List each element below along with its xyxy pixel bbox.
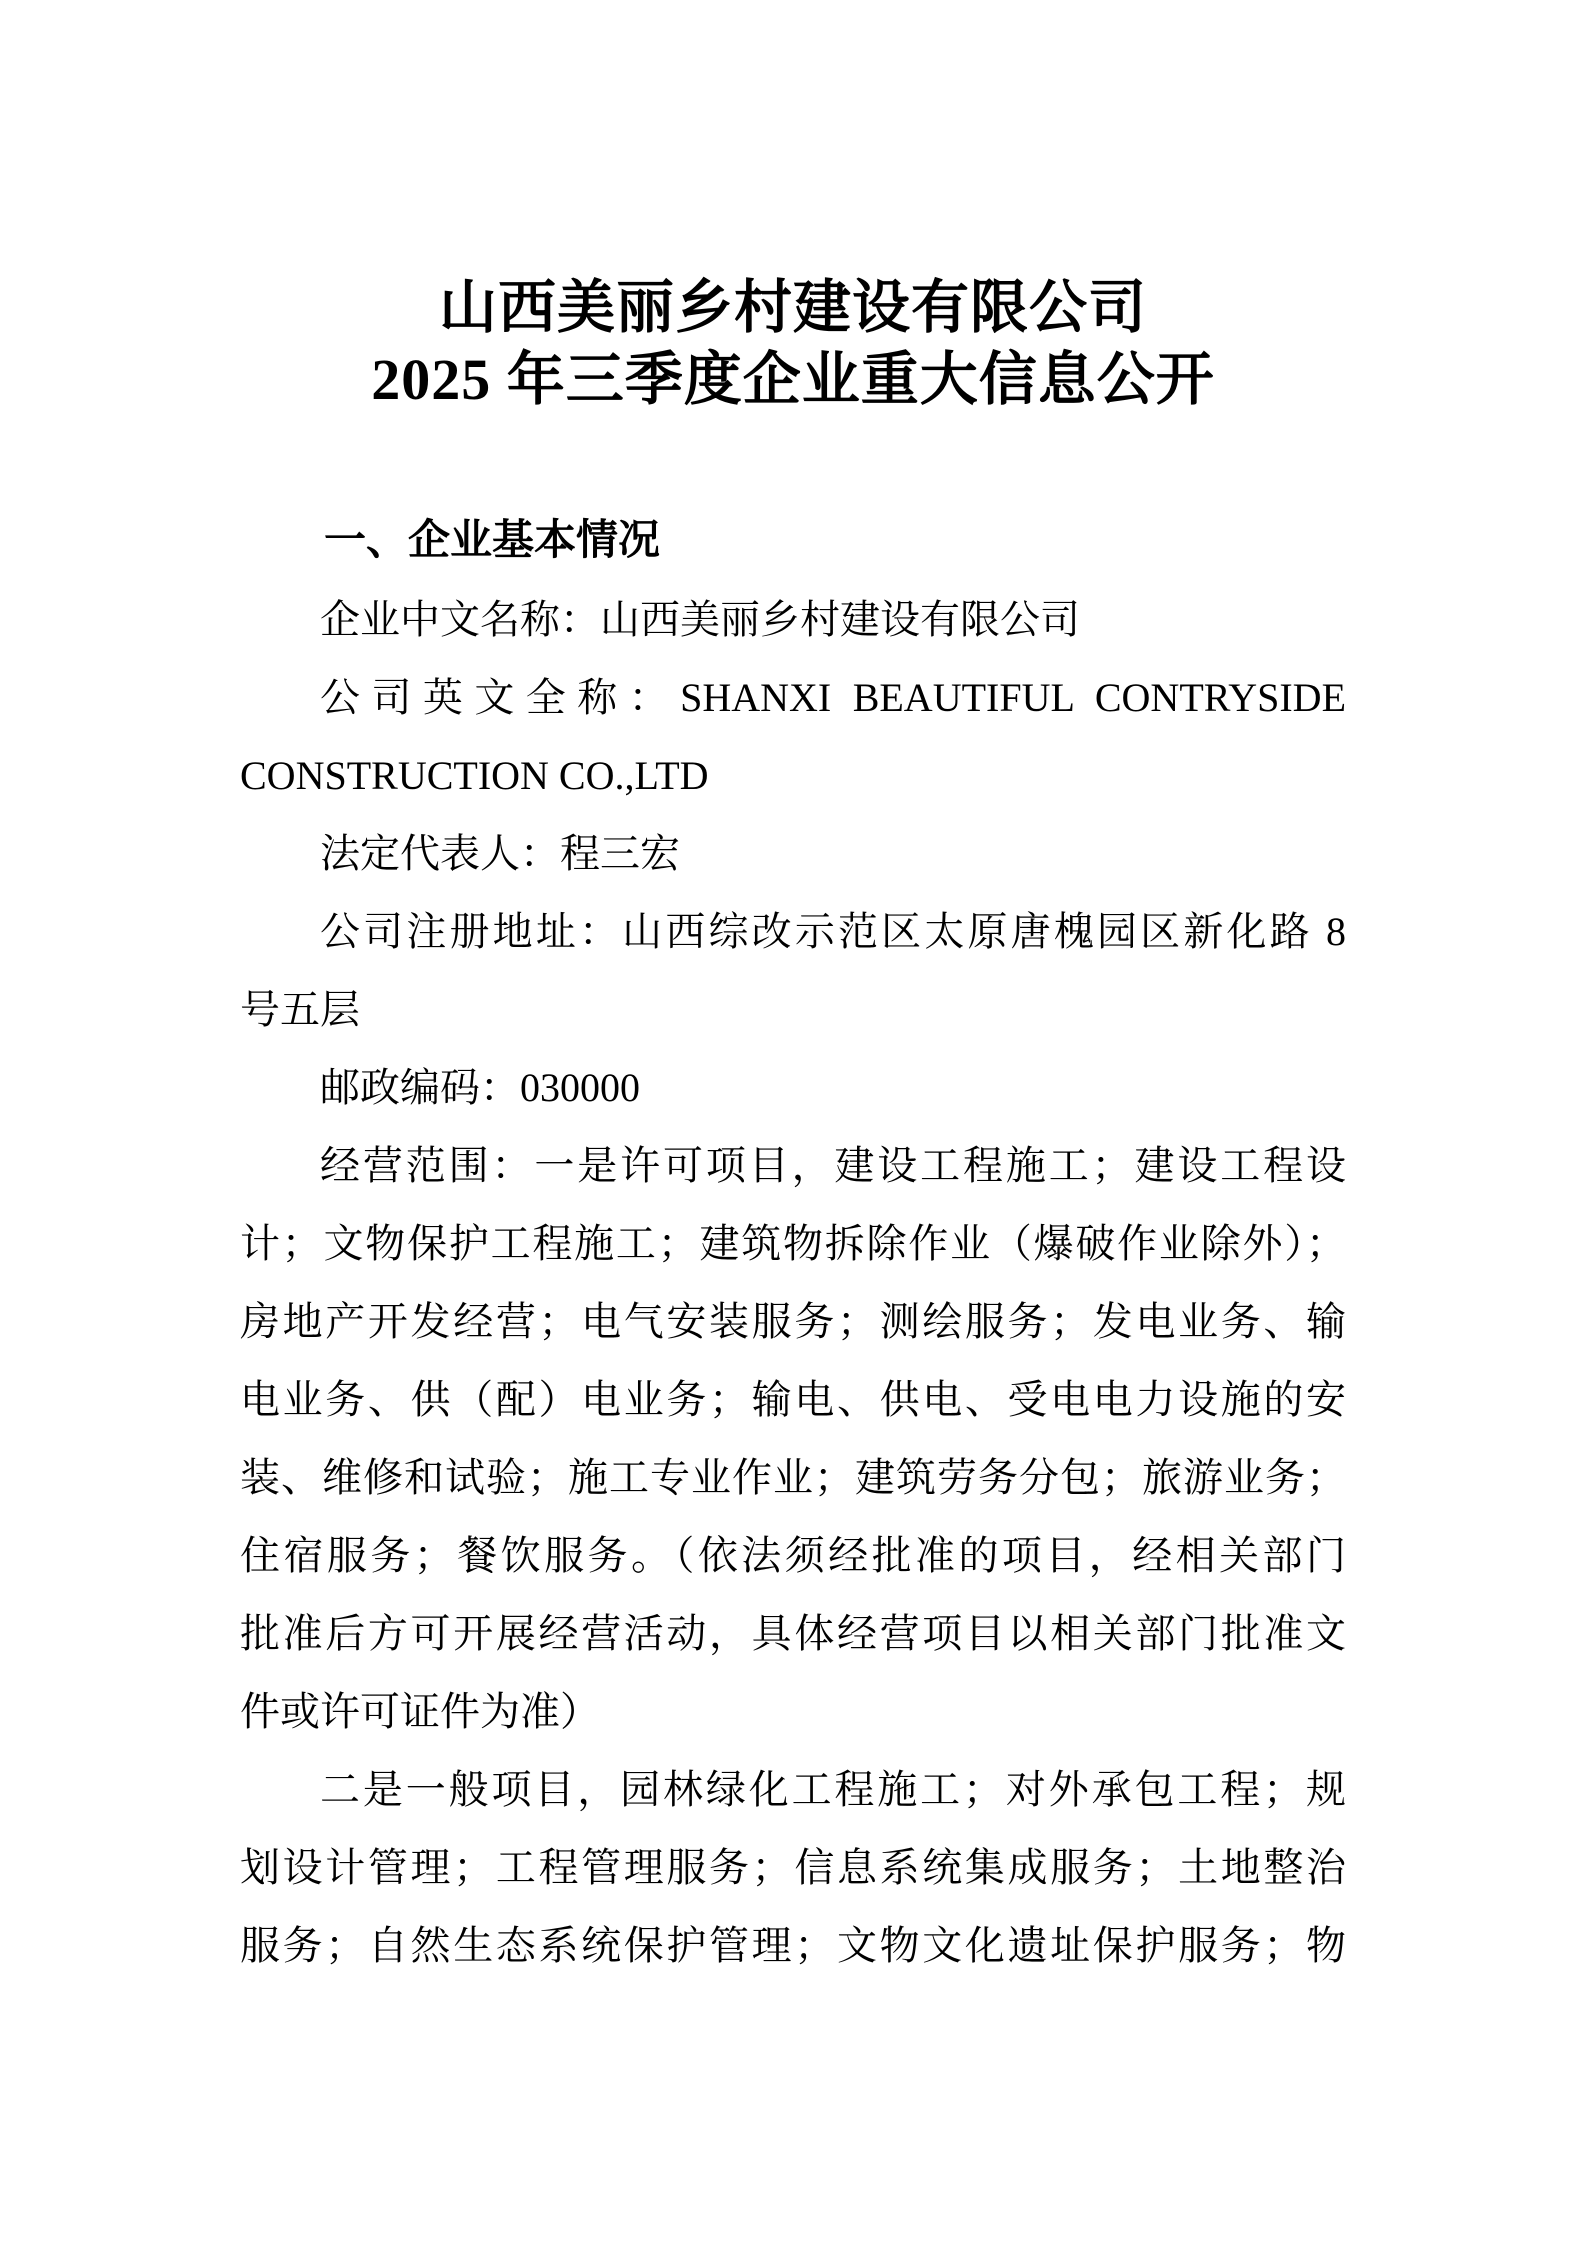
body-line: 件或许可证件为准） (240, 1673, 1346, 1751)
body-line: 公司注册地址：山西综改示范区太原唐槐园区新化路 8 (240, 893, 1346, 971)
document-content: 山西美丽乡村建设有限公司 2025 年三季度企业重大信息公开 一、企业基本情况 … (240, 0, 1346, 1985)
body-line: 法定代表人：程三宏 (240, 815, 1346, 893)
body-line: 电业务、供（配）电业务；输电、供电、受电电力设施的安 (240, 1361, 1346, 1439)
body-line: 批准后方可开展经营活动，具体经营项目以相关部门批准文 (240, 1595, 1346, 1673)
body-line: 装、维修和试验；施工专业作业；建筑劳务分包；旅游业务； (240, 1439, 1346, 1517)
body-line: 号五层 (240, 971, 1346, 1049)
body-text: 企业中文名称：山西美丽乡村建设有限公司公司英文全称：SHANXI BEAUTIF… (240, 581, 1346, 1985)
body-line: 邮政编码：030000 (240, 1049, 1346, 1127)
section-heading-basic-info: 一、企业基本情况 (240, 512, 1346, 568)
body-line: CONSTRUCTION CO.,LTD (240, 737, 1346, 815)
body-line: 服务；自然生态系统保护管理；文物文化遗址保护服务；物 (240, 1907, 1346, 1985)
body-line: 企业中文名称：山西美丽乡村建设有限公司 (240, 581, 1346, 659)
body-line: 公司英文全称：SHANXI BEAUTIFUL CONTRYSIDE (240, 659, 1346, 737)
document-title: 山西美丽乡村建设有限公司 2025 年三季度企业重大信息公开 (240, 272, 1346, 416)
body-line: 住宿服务；餐饮服务。（依法须经批准的项目，经相关部门 (240, 1517, 1346, 1595)
document-page: 山西美丽乡村建设有限公司 2025 年三季度企业重大信息公开 一、企业基本情况 … (0, 0, 1586, 2245)
body-line: 划设计管理；工程管理服务；信息系统集成服务；土地整治 (240, 1829, 1346, 1907)
body-line: 房地产开发经营；电气安装服务；测绘服务；发电业务、输 (240, 1283, 1346, 1361)
body-line: 二是一般项目，园林绿化工程施工；对外承包工程；规 (240, 1751, 1346, 1829)
document-title-line-1: 山西美丽乡村建设有限公司 (240, 272, 1346, 344)
document-title-line-2: 2025 年三季度企业重大信息公开 (240, 344, 1346, 416)
body-line: 计；文物保护工程施工；建筑物拆除作业（爆破作业除外）； (240, 1205, 1346, 1283)
body-line: 经营范围：一是许可项目，建设工程施工；建设工程设 (240, 1127, 1346, 1205)
